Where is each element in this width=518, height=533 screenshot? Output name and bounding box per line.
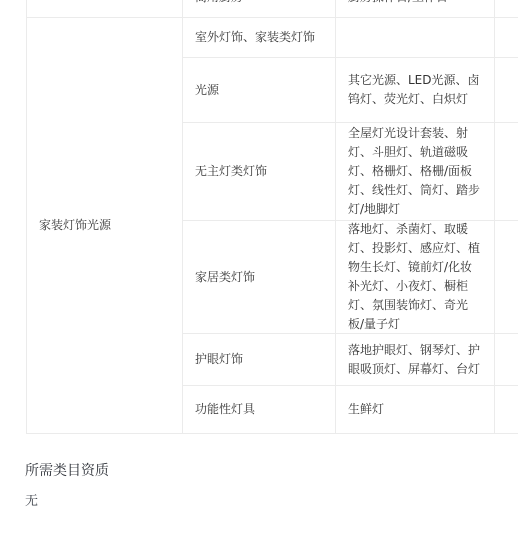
- level2-cell: 无主灯类灯饰: [183, 123, 336, 221]
- category-doc-page: 商用厨房 厨房操作台/工作台 家装灯饰光源 室外灯饰、家装类灯饰 光源 其它光源…: [0, 0, 518, 533]
- prev-group-level1-cell: [26, 0, 183, 18]
- level2-cell: 家居类灯饰: [183, 221, 336, 334]
- level2-cell: 室外灯饰、家装类灯饰: [183, 18, 336, 58]
- level2-cell: 功能性灯具: [183, 386, 336, 434]
- category-table: 商用厨房 厨房操作台/工作台 家装灯饰光源 室外灯饰、家装类灯饰 光源 其它光源…: [26, 0, 518, 434]
- level1-cell: 家装灯饰光源: [26, 18, 183, 434]
- level3-cell: 其它光源、LED光源、卤钨灯、荧光灯、白炽灯: [336, 58, 495, 123]
- required-qualifications-title: 所需类目资质: [25, 460, 109, 480]
- level3-cell: [336, 18, 495, 58]
- level4-cell: [495, 18, 518, 58]
- level4-cell: [495, 58, 518, 123]
- level4-cell: [495, 334, 518, 386]
- level3-cell: 落地护眼灯、钢琴灯、护眼吸顶灯、屏幕灯、台灯: [336, 334, 495, 386]
- prev-group-level4-cell: [495, 0, 518, 18]
- prev-group-level3-cell: 厨房操作台/工作台: [336, 0, 495, 18]
- prev-group-level2-cell: 商用厨房: [183, 0, 336, 18]
- level3-cell: 全屋灯光设计套装、射灯、斗胆灯、轨道磁吸灯、格栅灯、格栅/面板灯、线性灯、筒灯、…: [336, 123, 495, 221]
- required-qualifications-value: 无: [25, 490, 38, 509]
- level3-cell: 落地灯、杀菌灯、取暖灯、投影灯、感应灯、植物生长灯、镜前灯/化妆补光灯、小夜灯、…: [336, 221, 495, 334]
- level2-cell: 光源: [183, 58, 336, 123]
- level4-cell: [495, 221, 518, 334]
- level3-cell: 生鲜灯: [336, 386, 495, 434]
- level4-cell: [495, 123, 518, 221]
- category-table-viewport: 商用厨房 厨房操作台/工作台 家装灯饰光源 室外灯饰、家装类灯饰 光源 其它光源…: [26, 0, 518, 436]
- level2-cell: 护眼灯饰: [183, 334, 336, 386]
- level4-cell: [495, 386, 518, 434]
